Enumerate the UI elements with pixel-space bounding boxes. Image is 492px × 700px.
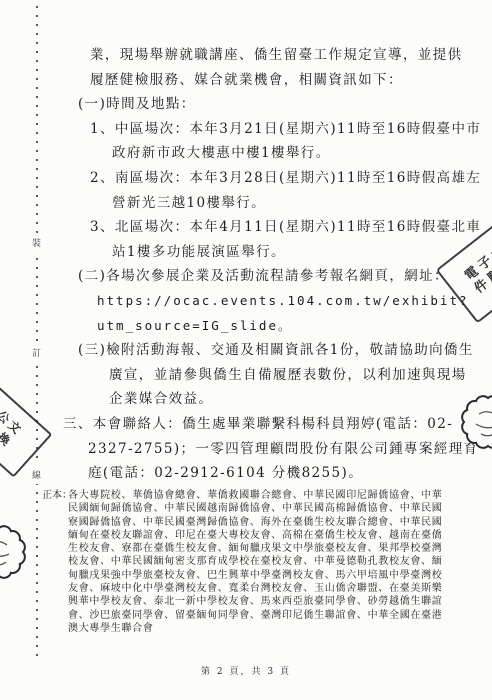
- body-line: 2、南區場次：本年3月28日(星期六)11時至16時假高雄左: [0, 166, 492, 191]
- page-number-footer: 第 2 頁，共 3 頁: [0, 664, 492, 677]
- distribution-line: 民國緬甸歸僑協會、中華民國越南歸僑協會、中華民國高棉歸僑協會、中華民國: [68, 502, 492, 515]
- body-line-text: 站1樓多功能展演區舉行。: [112, 244, 286, 260]
- body-line-text: 2327-2755)；一零四管理顧問股份有限公司鍾專案經理育: [88, 441, 479, 457]
- distribution-line: 興華中學校友會、泰北一新中學校友會、馬來西亞旅臺同學會、砂勞越僑生聯誼: [68, 595, 492, 608]
- body-line: (二)各場次參展企業及活動流程請參考報名網頁，網址：: [0, 264, 492, 289]
- distribution-line: 澳大專學生聯合會: [68, 622, 492, 635]
- body-line-text: 業，現場舉辦就職講座、僑生留臺工作規定宣導，並提供: [90, 47, 463, 63]
- body-line-text: (二)各場次參展企業及活動流程請參考報名網頁，網址：: [78, 268, 449, 284]
- body-line: https://ocac.events.104.com.tw/exhibit?: [0, 289, 492, 314]
- body-line-text: (三)檢附活動海報、交通及相關資訊各1份，敬請協助向僑生: [78, 342, 474, 358]
- distribution-line: 各大專院校、華僑協會總會、華僑救國聯合總會、中華民國印尼歸僑協會、中華: [68, 489, 492, 502]
- distribution-block: 正本： 各大專院校、華僑協會總會、華僑救國聯合總會、中華民國印尼歸僑協會、中華民…: [0, 489, 492, 635]
- body-line-text: utm_source=IG_slide。: [97, 318, 293, 333]
- body-line: 三、本會聯絡人：僑生處畢業聯繫科楊科員翔婷(電話：02-: [0, 412, 492, 437]
- body-line-text: 3、北區場次：本年4月11日(星期六)11時至16時假臺北車: [90, 219, 481, 235]
- body-line: 企業媒合效益。: [0, 387, 492, 412]
- scalloped-seal-icon: [460, 394, 492, 454]
- distribution-label: 正本：: [42, 489, 72, 502]
- distribution-lines: 各大專院校、華僑協會總會、華僑救國聯合總會、中華民國印尼歸僑協會、中華民國緬甸歸…: [0, 489, 492, 635]
- body-line-text: 企業媒合效益。: [109, 391, 213, 407]
- distribution-line: 寮國歸僑協會、中華民國臺灣歸僑協會、海外在臺僑生校友聯合總會、中華民國: [68, 516, 492, 529]
- distribution-line: 會、沙巴旅臺同學會、留臺緬甸同學會、臺灣印尼僑生聯誼會、中華全國在臺港: [68, 609, 492, 622]
- body-line: 站1樓多功能展演區舉行。: [0, 240, 492, 265]
- document-page: 裝訂線 業，現場舉辦就職講座、僑生留臺工作規定宣導，並提供 履歷健檢服務、媒合就…: [0, 0, 492, 700]
- body-line: 1、中區場次：本年3月21日(星期六)11時至16時假臺中市: [0, 117, 492, 142]
- body-line-text: 營新光三越10樓舉行。: [112, 195, 266, 211]
- body-line-text: 政府新市政大樓惠中樓1樓舉行。: [112, 145, 331, 161]
- scalloped-seal-icon: [0, 524, 27, 584]
- body-line-text: 履歷健檢服務、媒合就業機會，相關資訊如下：: [90, 72, 403, 88]
- body-line: (一)時間及地點：: [0, 92, 492, 117]
- body-line: 營新光三越10樓舉行。: [0, 191, 492, 216]
- body-line: 業，現場舉辦就職講座、僑生留臺工作規定宣導，並提供: [0, 43, 492, 68]
- body-line: (三)檢附活動海報、交通及相關資訊各1份，敬請協助向僑生: [0, 338, 492, 363]
- body-line: 履歷健檢服務、媒合就業機會，相關資訊如下：: [0, 68, 492, 93]
- body-line-text: 庭(電話：02-2912-6104 分機8255)。: [88, 465, 363, 481]
- body-line: 廣宣，並請參與僑生自備履歷表數份，以利加速與現場: [0, 363, 492, 388]
- body-line: 2327-2755)；一零四管理顧問股份有限公司鍾專案經理育: [0, 437, 492, 462]
- document-body: 業，現場舉辦就職講座、僑生留臺工作規定宣導，並提供 履歷健檢服務、媒合就業機會，…: [0, 43, 492, 486]
- body-line-text: (一)時間及地點：: [78, 96, 196, 112]
- body-line: 政府新市政大樓惠中樓1樓舉行。: [0, 141, 492, 166]
- body-line-text: 三、本會聯絡人：僑生處畢業聯繫科楊科員翔婷(電話：02-: [63, 416, 453, 432]
- distribution-line: 生校友會、寮都在臺僑生校友會、緬甸臘戌果文中學旅臺校友會、果邦學校臺灣: [68, 542, 492, 555]
- body-line: 庭(電話：02-2912-6104 分機8255)。: [0, 461, 492, 486]
- body-line: 3、北區場次：本年4月11日(星期六)11時至16時假臺北車: [0, 215, 492, 240]
- body-line-text: https://ocac.events.104.com.tw/exhibit?: [97, 293, 469, 308]
- body-line: utm_source=IG_slide。: [0, 314, 492, 339]
- distribution-line: 甸臘戌果強中學旅臺校友會、巴生興華中學臺灣校友會、馬六甲培風中學臺灣校: [68, 569, 492, 582]
- distribution-line: 緬甸在臺校友聯誼會、印尼在臺大專校友會、高棉在臺僑生校友會、越南在臺僑: [68, 529, 492, 542]
- body-line-text: 1、中區場次：本年3月21日(星期六)11時至16時假臺中市: [90, 121, 481, 137]
- body-line-text: 2、南區場次：本年3月28日(星期六)11時至16時假高雄左: [90, 170, 481, 186]
- distribution-line: 校友會、中華民國緬甸密支那育成學校在臺校友會、中華曼德勒孔教校友會、緬: [68, 555, 492, 568]
- body-line-text: 廣宣，並請參與僑生自備履歷表數份，以利加速與現場: [109, 367, 467, 383]
- distribution-line: 友會、麻坡中化中學臺灣校友會、寬柔台灣校友會、玉山僑舍聯盟、在臺美斯樂: [68, 582, 492, 595]
